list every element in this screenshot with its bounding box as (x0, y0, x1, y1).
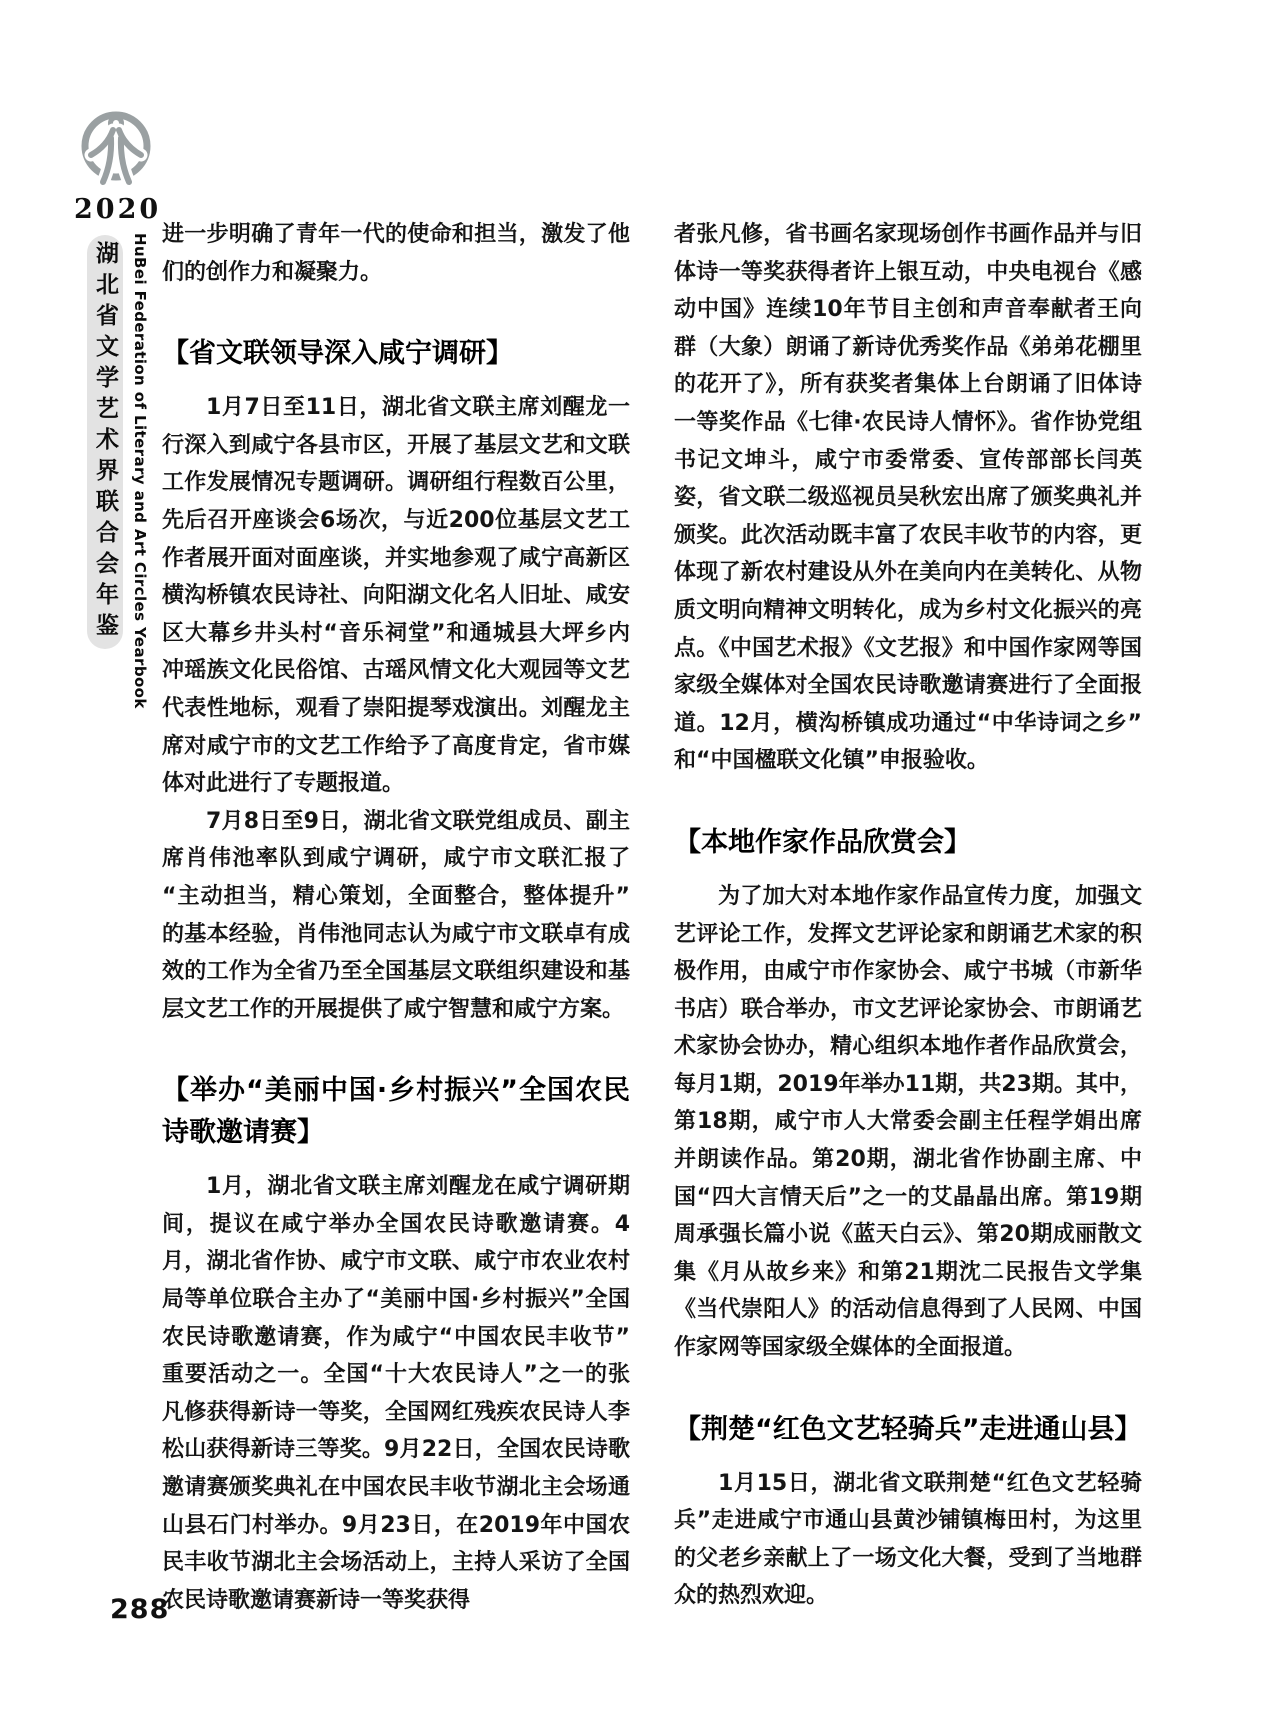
sidebar-title-pill: 湖北省文学艺术界联合会年鉴 (87, 235, 123, 649)
body-paragraph: 为了加大对本地作家作品宣传力度，加强文艺评论工作，发挥文艺评论家和朗诵艺术家的积… (674, 878, 1142, 1367)
section-heading: 【举办“美丽中国·乡村振兴”全国农民诗歌邀请赛】 (162, 1070, 630, 1154)
section-heading: 【省文联领导深入咸宁调研】 (162, 333, 630, 375)
body-paragraph: 者张凡修，省书画名家现场创作书画作品并与旧体诗一等奖获得者许上银互动，中央电视台… (674, 216, 1142, 780)
section-heading: 【本地作家作品欣赏会】 (674, 822, 1142, 864)
section-heading: 【荆楚“红色文艺轻骑兵”走进通山县】 (674, 1409, 1142, 1451)
sidebar-title-cn: 湖北省文学艺术界联合会年鉴 (87, 241, 123, 644)
logo-year: 2020 (74, 194, 158, 225)
body-paragraph: 7月8日至9日，湖北省文联党组成员、副主席肖伟池率队到咸宁调研，咸宁市文联汇报了… (162, 803, 630, 1029)
left-column: 进一步明确了青年一代的使命和担当，激发了他们的创作力和凝聚力。 【省文联领导深入… (162, 216, 630, 1619)
yearbook-page: 2020 湖北省文学艺术界联合会年鉴 HuBei Federation of L… (0, 0, 1276, 1719)
header-logo-block: 2020 (74, 108, 158, 225)
federation-logo-icon (76, 173, 156, 192)
sidebar-title-en: HuBei Federation of Literary and Art Cir… (128, 233, 152, 653)
body-paragraph: 1月7日至11日，湖北省文联主席刘醒龙一行深入到咸宁各县市区，开展了基层文艺和文… (162, 389, 630, 803)
body-paragraph: 进一步明确了青年一代的使命和担当，激发了他们的创作力和凝聚力。 (162, 216, 630, 291)
page-number: 288 (110, 1594, 169, 1625)
body-paragraph: 1月，湖北省文联主席刘醒龙在咸宁调研期间，提议在咸宁举办全国农民诗歌邀请赛。4月… (162, 1168, 630, 1619)
body-paragraph: 1月15日，湖北省文联荆楚“红色文艺轻骑兵”走进咸宁市通山县黄沙铺镇梅田村，为这… (674, 1465, 1142, 1615)
right-column: 者张凡修，省书画名家现场创作书画作品并与旧体诗一等奖获得者许上银互动，中央电视台… (674, 216, 1142, 1615)
